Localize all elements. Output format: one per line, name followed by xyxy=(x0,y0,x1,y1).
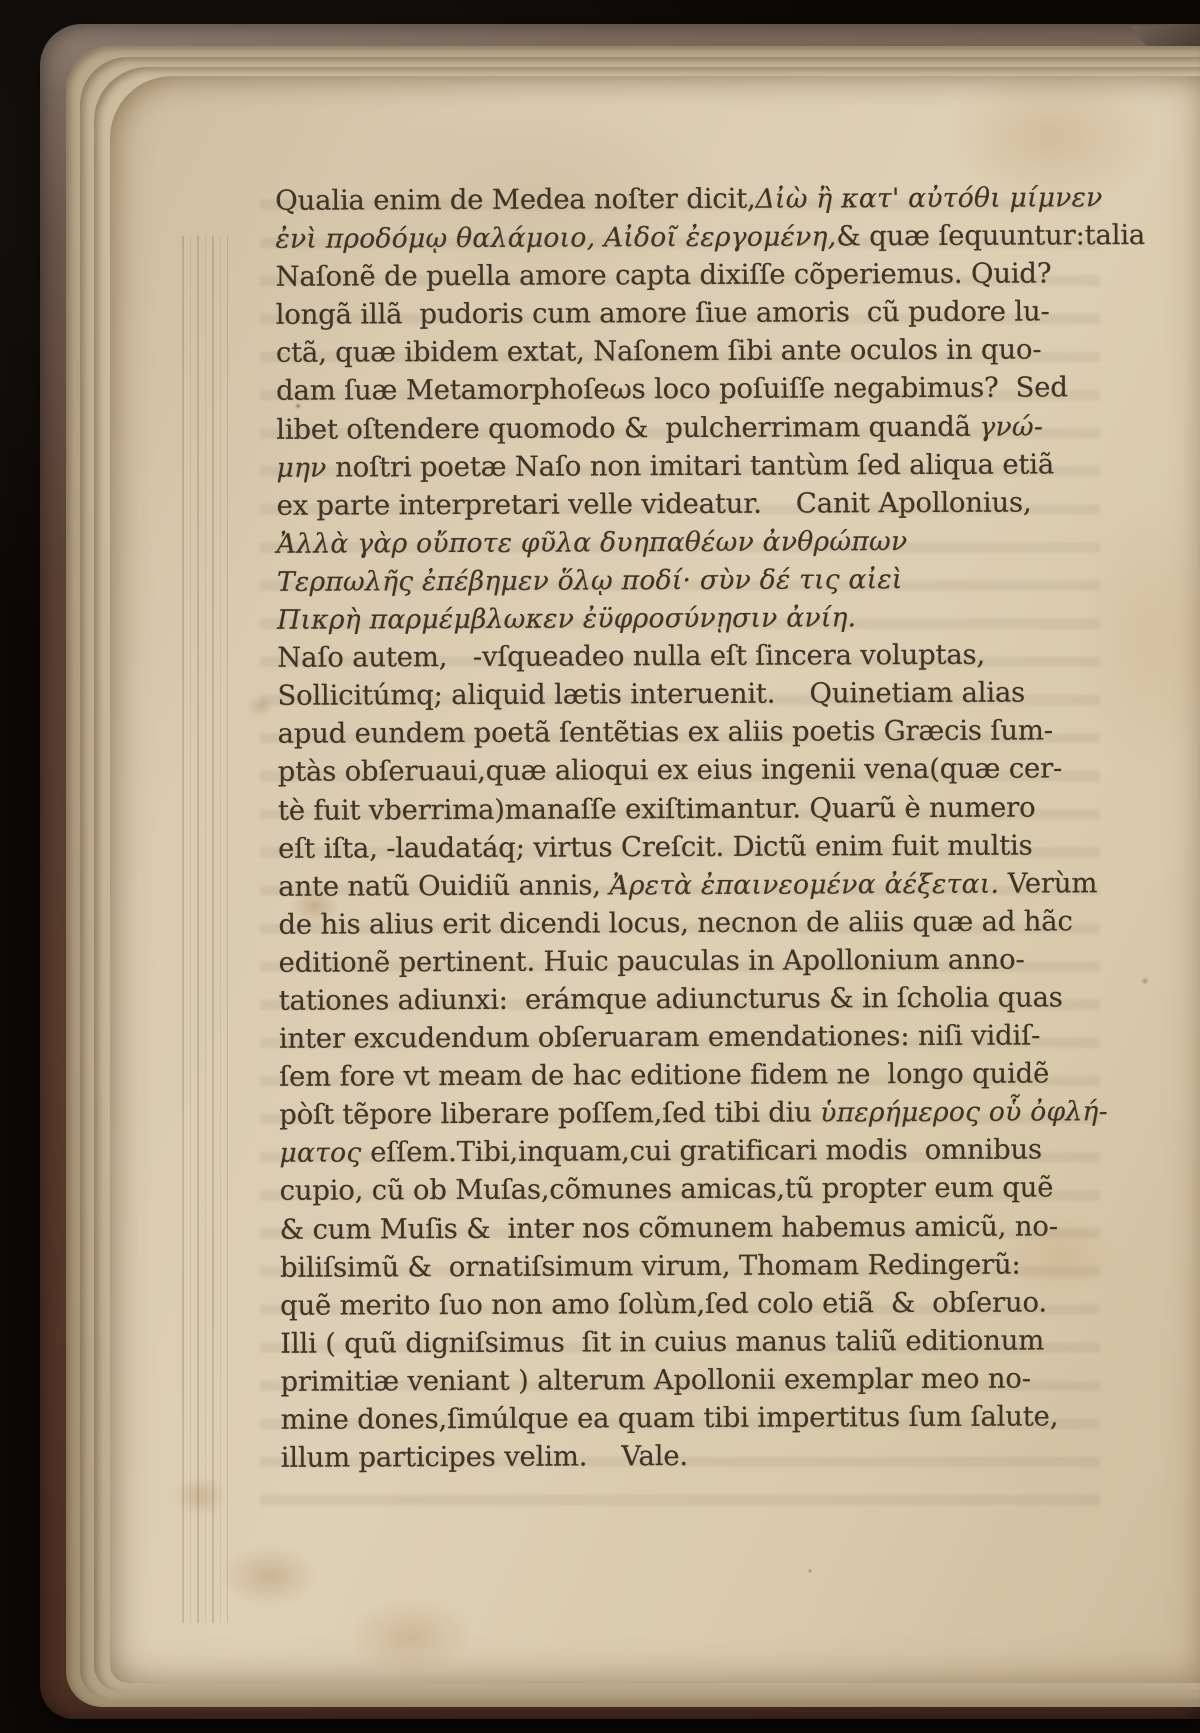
latin-text: ptàs obſeruaui,quæ alioqui ex eius ingen… xyxy=(278,753,1063,788)
text-line-11: Τερπωλῆς ἐπέβημεν ὅλῳ ποδί· σὺν δέ τις α… xyxy=(277,559,1105,601)
text-line-21: editionẽ pertinent. Huic pauculas in Apo… xyxy=(279,940,1107,982)
text-line-23: inter excudendum obſeruaram emendationes… xyxy=(279,1016,1107,1058)
text-line-4: longã illã pudoris cum amore ſiue amoris… xyxy=(276,292,1104,334)
latin-text: Verùm xyxy=(999,867,1097,899)
latin-text: Qualia enim de Medea noſter dicit, xyxy=(275,183,755,217)
greek-text: ἐνὶ προδόμῳ θαλάμοιο, Αἰδοῖ ἐεργομένη, xyxy=(275,221,836,254)
greek-text: Πικρὴ παρμέμβλωκεν ἐϋφροσύνῃσιν ἀνίη. xyxy=(277,602,856,636)
greek-text: Ἀρετὰ ἐπαινεομένα ἀέξεται. xyxy=(609,868,999,901)
text-line-10: Ἀλλὰ γὰρ οὔποτε φῦλα δυηπαθέων ἀνθρώπων xyxy=(277,521,1105,563)
latin-text: & quæ ſequuntur:talia xyxy=(836,219,1145,252)
greek-text: ὑπερήμερος οὗ ὀφλή- xyxy=(820,1096,1108,1128)
text-line-31: Illi ( quũ digniſsimus ſit in cuius manu… xyxy=(280,1321,1108,1363)
latin-text: apud eundem poetã ſentẽtias ex aliis poe… xyxy=(278,715,1053,750)
text-line-7: libet oſtendere quomodo & pulcherrimam q… xyxy=(276,407,1104,449)
latin-text: ctã, quæ ibidem extat, Naſonem ſibi ante… xyxy=(276,334,1042,369)
text-line-9: ex parte interpretari velle videatur. Ca… xyxy=(277,483,1105,525)
text-line-3: Naſonẽ de puella amore capta dixiſſe cõp… xyxy=(276,254,1104,296)
latin-text: tationes adiunxi: erámque adiuncturus & … xyxy=(279,981,1063,1016)
text-line-17: tè fuit vberrima)manaſſe exiſtimantur. Q… xyxy=(278,788,1106,830)
gutter-crease-lines xyxy=(182,236,228,1623)
text-line-30: quẽ merito ſuo non amo ſolùm,ſed colo et… xyxy=(280,1283,1108,1325)
text-line-18: eſt iſta, -laudatáq; virtus Creſcit. Dic… xyxy=(278,826,1106,868)
text-line-16: ptàs obſeruaui,quæ alioqui ex eius ingen… xyxy=(278,750,1106,792)
latin-text: quẽ merito ſuo non amo ſolùm,ſed colo et… xyxy=(280,1286,1047,1321)
latin-text: ante natũ Ouidiũ annis, xyxy=(278,869,609,902)
latin-text: noſtri poetæ Naſo non imitari tantùm ſed… xyxy=(335,448,1054,483)
greek-text: Δἰὼ ἢ κατ' αὐτόθι μίμνεν xyxy=(755,182,1102,215)
text-line-28: & cum Muſis & inter nos cõmunem habemus … xyxy=(280,1207,1108,1249)
text-line-2: ἐνὶ προδόμῳ θαλάμοιο, Αἰδοῖ ἐεργομένη,& … xyxy=(275,216,1103,258)
text-line-20: de his alius erit dicendi locus, necnon … xyxy=(278,902,1106,944)
text-line-24: ſem fore vt meam de hac editione fidem n… xyxy=(279,1054,1107,1096)
latin-text: ſem fore vt meam de hac editione fidem n… xyxy=(279,1058,1049,1093)
latin-text: dam ſuæ Metamorphoſeωs loco poſuiſſe neg… xyxy=(276,372,1068,407)
greek-text: μην xyxy=(276,452,335,483)
text-line-8: μην noſtri poetæ Naſo non imitari tantùm… xyxy=(276,445,1104,487)
text-line-33: mine dones,ſimúlque ea quam tibi imperti… xyxy=(280,1397,1108,1439)
latin-text: Sollicitúmq; aliquid lætis interuenit. Q… xyxy=(277,677,1025,712)
latin-text: primitiæ veniant ) alterum Apollonii exe… xyxy=(280,1362,1031,1397)
latin-text: ex parte interpretari velle videatur. Ca… xyxy=(277,486,1032,521)
greek-text: ματος xyxy=(279,1138,370,1169)
latin-text: mine dones,ſimúlque ea quam tibi imperti… xyxy=(281,1400,1059,1435)
text-line-22: tationes adiunxi: erámque adiuncturus & … xyxy=(279,978,1107,1020)
latin-text: longã illã pudoris cum amore ſiue amoris… xyxy=(276,296,1050,331)
text-line-32: primitiæ veniant ) alterum Apollonii exe… xyxy=(280,1359,1108,1401)
book-page: Qualia enim de Medea noſter dicit,Δἰὼ ἢ … xyxy=(110,76,1200,1683)
text-line-19: ante natũ Ouidiũ annis, Ἀρετὰ ἐπαινεομέν… xyxy=(278,864,1106,906)
greek-text: γνώ- xyxy=(979,411,1043,442)
latin-text: inter excudendum obſeruaram emendationes… xyxy=(279,1020,1040,1055)
latin-text: illum participes velim. Vale. xyxy=(281,1440,688,1474)
text-line-25: pòſt tẽpore liberare poſſem,ſed tibi diu… xyxy=(279,1092,1107,1134)
greek-text: Ἀλλὰ γὰρ οὔποτε φῦλα δυηπαθέων ἀνθρώπων xyxy=(277,526,908,560)
photo-background: Qualia enim de Medea noſter dicit,Δἰὼ ἢ … xyxy=(0,0,1200,1733)
latin-text: eſt iſta, -laudatáq; virtus Creſcit. Dic… xyxy=(278,829,1033,864)
text-line-15: apud eundem poetã ſentẽtias ex aliis poe… xyxy=(278,712,1106,754)
latin-text: libet oſtendere quomodo & pulcherrimam q… xyxy=(276,410,979,445)
latin-text: Illi ( quũ digniſsimus ſit in cuius manu… xyxy=(280,1324,1044,1359)
text-line-1: Qualia enim de Medea noſter dicit,Δἰὼ ἢ … xyxy=(275,178,1103,220)
greek-text: Τερπωλῆς ἐπέβημεν ὅλῳ ποδί· σὺν δέ τις α… xyxy=(277,564,903,598)
text-line-27: cupio, cũ ob Muſas,cõmunes amicas,tũ pro… xyxy=(279,1169,1107,1211)
text-line-12: Πικρὴ παρμέμβλωκεν ἐϋφροσύνῃσιν ἀνίη. xyxy=(277,597,1105,639)
latin-text: biliſsimũ & ornatiſsimum virum, Thomam R… xyxy=(280,1248,1021,1283)
text-block: Qualia enim de Medea noſter dicit,Δἰὼ ἢ … xyxy=(275,178,1109,1477)
latin-text: cupio, cũ ob Muſas,cõmunes amicas,tũ pro… xyxy=(280,1172,1054,1207)
latin-text: tè fuit vberrima)manaſſe exiſtimantur. Q… xyxy=(278,791,1036,826)
latin-text: de his alius erit dicendi locus, necnon … xyxy=(278,905,1072,940)
text-line-14: Sollicitúmq; aliquid lætis interuenit. Q… xyxy=(277,673,1105,715)
text-line-5: ctã, quæ ibidem extat, Naſonem ſibi ante… xyxy=(276,331,1104,373)
latin-text: & cum Muſis & inter nos cõmunem habemus … xyxy=(280,1210,1058,1245)
text-line-6: dam ſuæ Metamorphoſeωs loco poſuiſſe neg… xyxy=(276,369,1104,411)
text-line-34: illum participes velim. Vale. xyxy=(281,1435,1109,1477)
latin-text: editionẽ pertinent. Huic pauculas in Apo… xyxy=(279,943,1025,978)
text-line-26: ματος eſſem.Tibi,inquam,cui gratificari … xyxy=(279,1131,1107,1173)
latin-text: Naſo autem, -vſqueadeo nulla eſt ſincera… xyxy=(277,639,985,674)
latin-text: Naſonẽ de puella amore capta dixiſſe cõp… xyxy=(276,258,1052,293)
text-line-29: biliſsimũ & ornatiſsimum virum, Thomam R… xyxy=(280,1245,1108,1287)
text-line-13: Naſo autem, -vſqueadeo nulla eſt ſincera… xyxy=(277,635,1105,677)
latin-text: pòſt tẽpore liberare poſſem,ſed tibi diu xyxy=(279,1097,820,1131)
latin-text: eſſem.Tibi,inquam,cui gratificari modis … xyxy=(370,1134,1042,1169)
